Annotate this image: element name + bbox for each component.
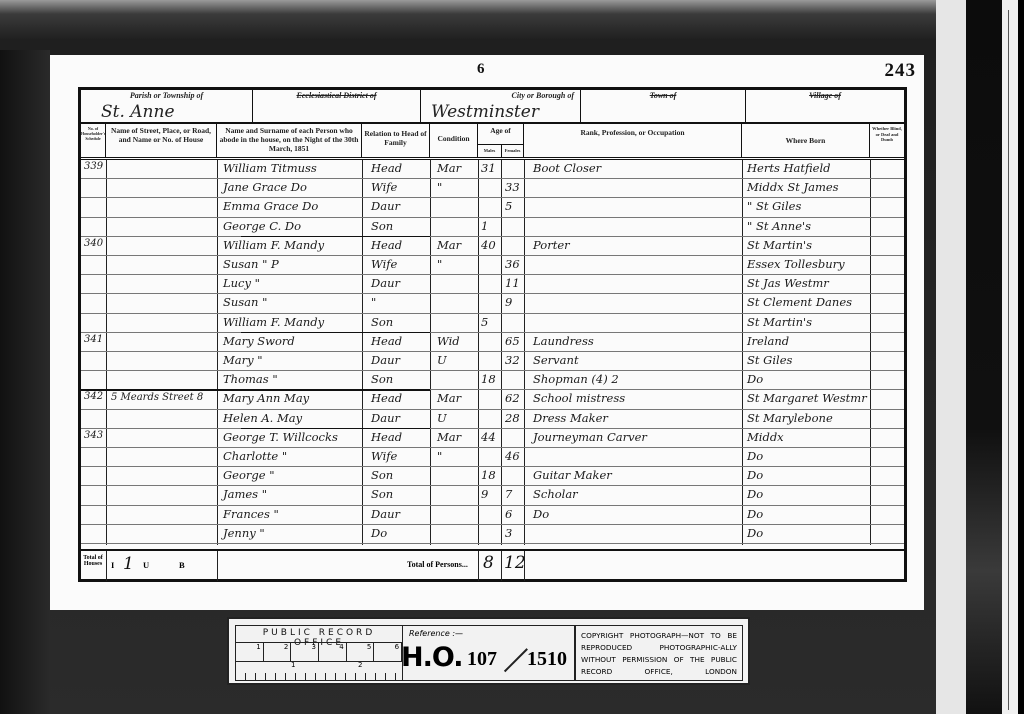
cell-name: Lucy " (223, 276, 260, 290)
parish-value: St. Anne (101, 102, 175, 122)
cell-female: 11 (505, 276, 520, 290)
scan-margin-strip (936, 0, 966, 714)
census-rows: 339William TitmussHeadMar31Boot CloserHe… (81, 160, 904, 545)
cell-born: St Martin's (747, 238, 812, 252)
table-row: 340William F. MandyHeadMar40PorterSt Mar… (81, 237, 904, 256)
scan-left-shadow (0, 50, 50, 714)
table-row: Thomas "Son18Shopman (4) 2Do (81, 371, 904, 390)
cell-relation: Son (371, 315, 393, 329)
cell-male: 31 (481, 161, 496, 175)
cell-condition: Mar (437, 430, 461, 444)
cell-born: Ireland (747, 334, 789, 348)
cell-female: 32 (505, 353, 520, 367)
cell-name: William Titmuss (223, 161, 317, 175)
census-page: 6 243 Parish or Township of St. Anne Ecc… (50, 55, 924, 610)
table-row: Helen A. MayDaurU28Dress MakerSt Maryleb… (81, 410, 904, 429)
cell-female: 3 (505, 526, 512, 540)
uninhabited-prefix: U (143, 560, 149, 570)
cell-female: 5 (505, 199, 512, 213)
cell-relation: Head (371, 334, 402, 348)
census-table: Parish or Township of St. Anne Ecclesias… (78, 87, 907, 582)
cell-female: 36 (505, 257, 520, 271)
cell-female: 6 (505, 507, 512, 521)
houses-total-label: Total of Houses (83, 555, 103, 567)
cell-condition: U (437, 353, 447, 367)
copyright-notice: COPYRIGHT PHOTOGRAPH—NOT TO BE REPRODUCE… (575, 625, 743, 681)
cell-female: 65 (505, 334, 520, 348)
col-name: Name and Surname of each Person who abod… (217, 124, 362, 157)
cell-born: Do (747, 372, 763, 386)
reference-prefix: H.O. (401, 642, 462, 673)
cell-occupation: Porter (533, 238, 570, 252)
record-office-label: PUBLIC RECORD OFFICE 1 2 3 4 5 6 1 2 Ref… (227, 617, 750, 685)
cell-name: Frances " (223, 507, 279, 521)
village-label: Village of (746, 91, 904, 100)
cell-occupation: Scholar (533, 487, 578, 501)
cell-female: 62 (505, 391, 520, 405)
cell-male: 44 (481, 430, 496, 444)
col-schedule: No. of Householder's Schedule (81, 124, 106, 157)
table-row: 343George T. WillcocksHeadMar44Journeyma… (81, 429, 904, 448)
reference-piece: 107 (467, 648, 497, 671)
reference-box: Reference :— H.O. 107 1510 (403, 625, 575, 681)
cell-name: James " (223, 487, 267, 501)
col-age-females: Females (501, 144, 524, 157)
cell-name: Mary Sword (223, 334, 295, 348)
table-row: William F. MandySon5St Martin's (81, 314, 904, 333)
household-separator (81, 389, 430, 391)
cell-female: 28 (505, 411, 520, 425)
cell-relation: Head (371, 391, 402, 405)
cell-born: Do (747, 507, 763, 521)
cell-relation: Son (371, 219, 393, 233)
village-cell: Village of (746, 90, 904, 122)
scan-edge (1018, 0, 1024, 714)
household-separator (241, 428, 430, 430)
household-separator (241, 332, 430, 334)
cell-female: 7 (505, 487, 512, 501)
town-label: Town of (581, 91, 745, 100)
cell-occupation: Dress Maker (533, 411, 608, 425)
table-row: 339William TitmussHeadMar31Boot CloserHe… (81, 160, 904, 179)
cell-name: Susan " (223, 295, 267, 309)
cell-born: St Marylebone (747, 411, 833, 425)
cell-male: 5 (481, 315, 488, 329)
table-row: Lucy "Daur11St Jas Westmr (81, 275, 904, 294)
column-divider (478, 551, 479, 581)
col-born: Where Born (742, 124, 870, 157)
col-age-males: Males (478, 144, 502, 157)
cell-schedule: 339 (84, 161, 103, 172)
column-divider (217, 551, 218, 581)
table-row: Susan ""9St Clement Danes (81, 294, 904, 313)
cell-female: 33 (505, 180, 520, 194)
table-row: 3425 Meards Street 8Mary Ann MayHeadMar6… (81, 390, 904, 409)
cell-born: Middx (747, 430, 784, 444)
table-row: George "Son18Guitar MakerDo (81, 467, 904, 486)
males-total: 8 (483, 553, 494, 573)
cell-relation: Wife (371, 180, 397, 194)
cell-male: 40 (481, 238, 496, 252)
table-row: Jane Grace DoWife"33Middx St James (81, 179, 904, 198)
cell-male: 1 (481, 219, 488, 233)
cell-name: William F. Mandy (223, 238, 324, 252)
cell-relation: Wife (371, 449, 397, 463)
cell-born: " St Anne's (747, 219, 811, 233)
cell-relation: Head (371, 161, 402, 175)
cell-occupation: Servant (533, 353, 579, 367)
cell-born: St Jas Westmr (747, 276, 829, 290)
cell-occupation: Shopman (4) 2 (533, 372, 619, 386)
cell-relation: Wife (371, 257, 397, 271)
cell-occupation: Guitar Maker (533, 468, 612, 482)
cell-name: Emma Grace Do (223, 199, 318, 213)
cell-relation: Daur (371, 353, 400, 367)
table-row: Emma Grace DoDaur5" St Giles (81, 198, 904, 217)
table-row: George C. DoSon1" St Anne's (81, 218, 904, 237)
folio-number: 243 (885, 60, 917, 82)
cell-born: Do (747, 526, 763, 540)
cell-name: Helen A. May (223, 411, 302, 425)
cell-schedule: 343 (84, 430, 103, 441)
cell-female: 9 (505, 295, 512, 309)
table-row: Charlotte "Wife"46Do (81, 448, 904, 467)
column-divider (524, 551, 525, 581)
cell-relation: Daur (371, 507, 400, 521)
col-condition: Condition (430, 124, 478, 157)
cell-born: " St Giles (747, 199, 801, 213)
ruler-mark: 3 (291, 643, 319, 661)
col-age-label: Age of (490, 126, 511, 135)
city-cell: City or Borough of Westminster (421, 90, 581, 122)
col-street: Name of Street, Place, or Road, and Name… (106, 124, 217, 157)
cell-female: 46 (505, 449, 520, 463)
cell-schedule: 340 (84, 238, 103, 249)
cell-condition: " (437, 180, 442, 194)
reference-folio: 1510 (527, 648, 567, 671)
cell-born: Middx St James (747, 180, 839, 194)
ruler-mark: 2 (264, 643, 292, 661)
col-age: Age of Males Females (478, 124, 524, 157)
ecclesiastical-cell: Ecclesiastical District of (253, 90, 421, 122)
cell-schedule: 341 (84, 334, 103, 345)
cell-name: Mary " (223, 353, 263, 367)
cell-male: 18 (481, 468, 496, 482)
cell-condition: " (437, 257, 442, 271)
cell-name: George C. Do (223, 219, 301, 233)
table-row: James "Son97ScholarDo (81, 486, 904, 505)
page-number: 6 (477, 61, 485, 78)
cell-born: St Margaret Westmr (747, 391, 867, 405)
ruler-mark: 6 (374, 643, 402, 661)
ruler-mark: 2 (358, 661, 362, 669)
cell-occupation: School mistress (533, 391, 625, 405)
cell-born: Do (747, 449, 763, 463)
cell-name: Susan " P (223, 257, 279, 271)
cell-condition: Mar (437, 391, 461, 405)
cell-name: Jenny " (223, 526, 265, 540)
ruler-scale-top: 1 2 3 4 5 6 (236, 642, 402, 662)
females-total: 12 (504, 553, 526, 573)
cell-born: St Martin's (747, 315, 812, 329)
cell-relation: Son (371, 468, 393, 482)
cell-name: Mary Ann May (223, 391, 309, 405)
cell-name: George " (223, 468, 275, 482)
cell-occupation: Do (533, 507, 549, 521)
cell-condition: U (437, 411, 447, 425)
col-blind: Whether Blind, or Deaf and Dumb (870, 124, 904, 157)
ruler-scale-bottom: 1 2 (236, 661, 402, 681)
cell-born: Herts Hatfield (747, 161, 831, 175)
cell-condition: Wid (437, 334, 460, 348)
cell-born: St Clement Danes (747, 295, 852, 309)
cell-relation: " (371, 295, 376, 309)
ruler-mark: 4 (319, 643, 347, 661)
cell-relation: Daur (371, 199, 400, 213)
building-prefix: B (179, 560, 185, 570)
cell-relation: Daur (371, 276, 400, 290)
cell-occupation: Journeyman Carver (533, 430, 647, 444)
cell-relation: Son (371, 487, 393, 501)
table-row: Susan " PWife"36Essex Tollesbury (81, 256, 904, 275)
table-row: Mary "DaurU32ServantSt Giles (81, 352, 904, 371)
cell-condition: Mar (437, 161, 461, 175)
ruler-mark: 5 (347, 643, 375, 661)
cell-male: 18 (481, 372, 496, 386)
inhabited-total: 1 (123, 554, 134, 574)
cell-male: 9 (481, 487, 488, 501)
cell-relation: Son (371, 372, 393, 386)
cell-condition: " (437, 449, 442, 463)
cell-relation: Do (371, 526, 387, 540)
ecclesiastical-label: Ecclesiastical District of (253, 91, 420, 100)
cell-born: Do (747, 487, 763, 501)
ruler-mark: 1 (236, 643, 264, 661)
cell-born: St Giles (747, 353, 792, 367)
col-occupation: Rank, Profession, or Occupation (524, 124, 742, 157)
column-headers: No. of Householder's Schedule Name of St… (81, 124, 904, 160)
column-divider (501, 551, 502, 581)
cell-occupation: Laundress (533, 334, 594, 348)
reference-label: Reference :— (409, 629, 463, 638)
ruler-mark: 1 (291, 661, 295, 669)
table-row: 341Mary SwordHeadWid65LaundressIreland (81, 333, 904, 352)
cell-street: 5 Meards Street 8 (111, 391, 211, 405)
city-value: Westminster (431, 102, 539, 122)
parish-cell: Parish or Township of St. Anne (81, 90, 253, 122)
cell-name: George T. Willcocks (223, 430, 338, 444)
table-row: Jenny "Do3Do (81, 525, 904, 544)
cell-relation: Head (371, 238, 402, 252)
location-header: Parish or Township of St. Anne Ecclesias… (81, 90, 904, 124)
column-divider (106, 551, 107, 581)
cell-relation: Head (371, 430, 402, 444)
table-row: Frances "Daur6DoDo (81, 506, 904, 525)
cell-name: William F. Mandy (223, 315, 324, 329)
cell-born: Essex Tollesbury (747, 257, 845, 271)
scan-film-edge (966, 0, 1002, 714)
parish-label: Parish or Township of (81, 91, 252, 100)
inhabited-prefix: I (111, 560, 114, 570)
scan-film-border (1002, 0, 1018, 714)
reference-slash (504, 648, 528, 672)
household-separator (241, 236, 430, 238)
cell-condition: Mar (437, 238, 461, 252)
cell-occupation: Boot Closer (533, 161, 601, 175)
col-relation: Relation to Head of Family (362, 124, 430, 157)
cell-name: Charlotte " (223, 449, 287, 463)
cell-name: Jane Grace Do (223, 180, 307, 194)
totals-row: Total of Houses I 1 U B Total of Persons… (81, 549, 904, 579)
city-label: City or Borough of (421, 91, 580, 100)
town-cell: Town of (581, 90, 746, 122)
cell-born: Do (747, 468, 763, 482)
persons-total-label: Total of Persons... (407, 560, 468, 569)
office-scale-box: PUBLIC RECORD OFFICE 1 2 3 4 5 6 1 2 (235, 625, 403, 681)
cell-name: Thomas " (223, 372, 278, 386)
cell-schedule: 342 (84, 391, 103, 402)
cell-relation: Daur (371, 411, 400, 425)
